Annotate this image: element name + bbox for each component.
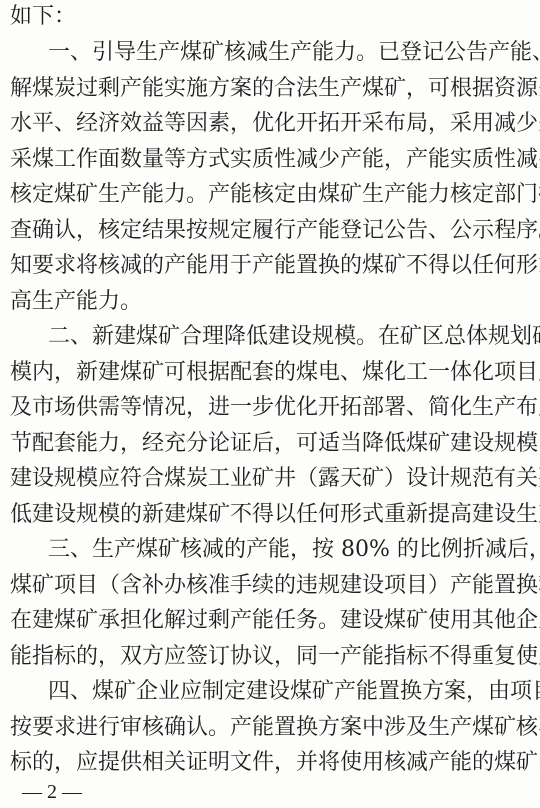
text-line: 一、引导生产煤矿核减生产能力。已登记公告产能、未纳入化 [48, 40, 534, 66]
text-line: 三、生产煤矿核减的产能，按 80% 的比例折减后，可用于新建 [48, 537, 534, 563]
text-line: 建设规模应符合煤炭工业矿井（露天矿）设计规范有关要求。降 [10, 466, 534, 492]
text-line: 高生产能力。 [10, 289, 534, 315]
text-line: 模内，新建煤矿可根据配套的煤电、煤化工一体化项目用煤需要以 [10, 360, 534, 386]
text-line: 水平、经济效益等因素，优化开拓开采布局，采用减少采区（场）、 [10, 111, 534, 137]
text-line: 能指标的，双方应签订协议，同一产能指标不得重复使用。 [10, 644, 534, 670]
text-line: 查确认，核定结果按规定履行产能登记公告、公示程序。按照本通 [10, 218, 534, 244]
text-line: 解煤炭过剩产能实施方案的合法生产煤矿，可根据资源条件、技术 [10, 76, 534, 102]
text-line: 及市场供需等情况，进一步优化开拓部署、简化生产布局，统筹环 [10, 395, 534, 421]
page-number: — 2 — [22, 780, 82, 804]
text-line: 二、新建煤矿合理降低建设规模。在矿区总体规划确定的规 [48, 324, 534, 350]
text-line: 低建设规模的新建煤矿不得以任何形式重新提高建设生产规模。 [10, 502, 534, 528]
text-line: 煤矿项目（含补办核准手续的违规建设项目）产能置换和已核准 [10, 573, 534, 599]
text-line: 节配套能力，经充分论证后，可适当降低煤矿建设规模，降低后的 [10, 431, 534, 457]
text-line: 四、煤矿企业应制定建设煤矿产能置换方案，由项目核准机关 [48, 679, 534, 705]
text-line: 在建煤矿承担化解过剩产能任务。建设煤矿使用其他企业核减产 [10, 608, 534, 634]
text-line: 采煤工作面数量等方式实质性减少产能，产能实质性减少后重新 [10, 147, 534, 173]
document-page: 如下：一、引导生产煤矿核减生产能力。已登记公告产能、未纳入化解煤炭过剩产能实施方… [0, 0, 540, 808]
text-line: 知要求将核减的产能用于产能置换的煤矿不得以任何形式重新提 [10, 253, 534, 279]
text-line: 标的，应提供相关证明文件，并将使用核减产能的煤矿的详细情况 [10, 750, 534, 776]
text-line: 按要求进行审核确认。产能置换方案中涉及生产煤矿核减产能指 [10, 715, 534, 741]
text-line: 核定煤矿生产能力。产能核定由煤矿生产能力核定部门按权限审 [10, 182, 534, 208]
text-line: 如下： [10, 4, 534, 30]
